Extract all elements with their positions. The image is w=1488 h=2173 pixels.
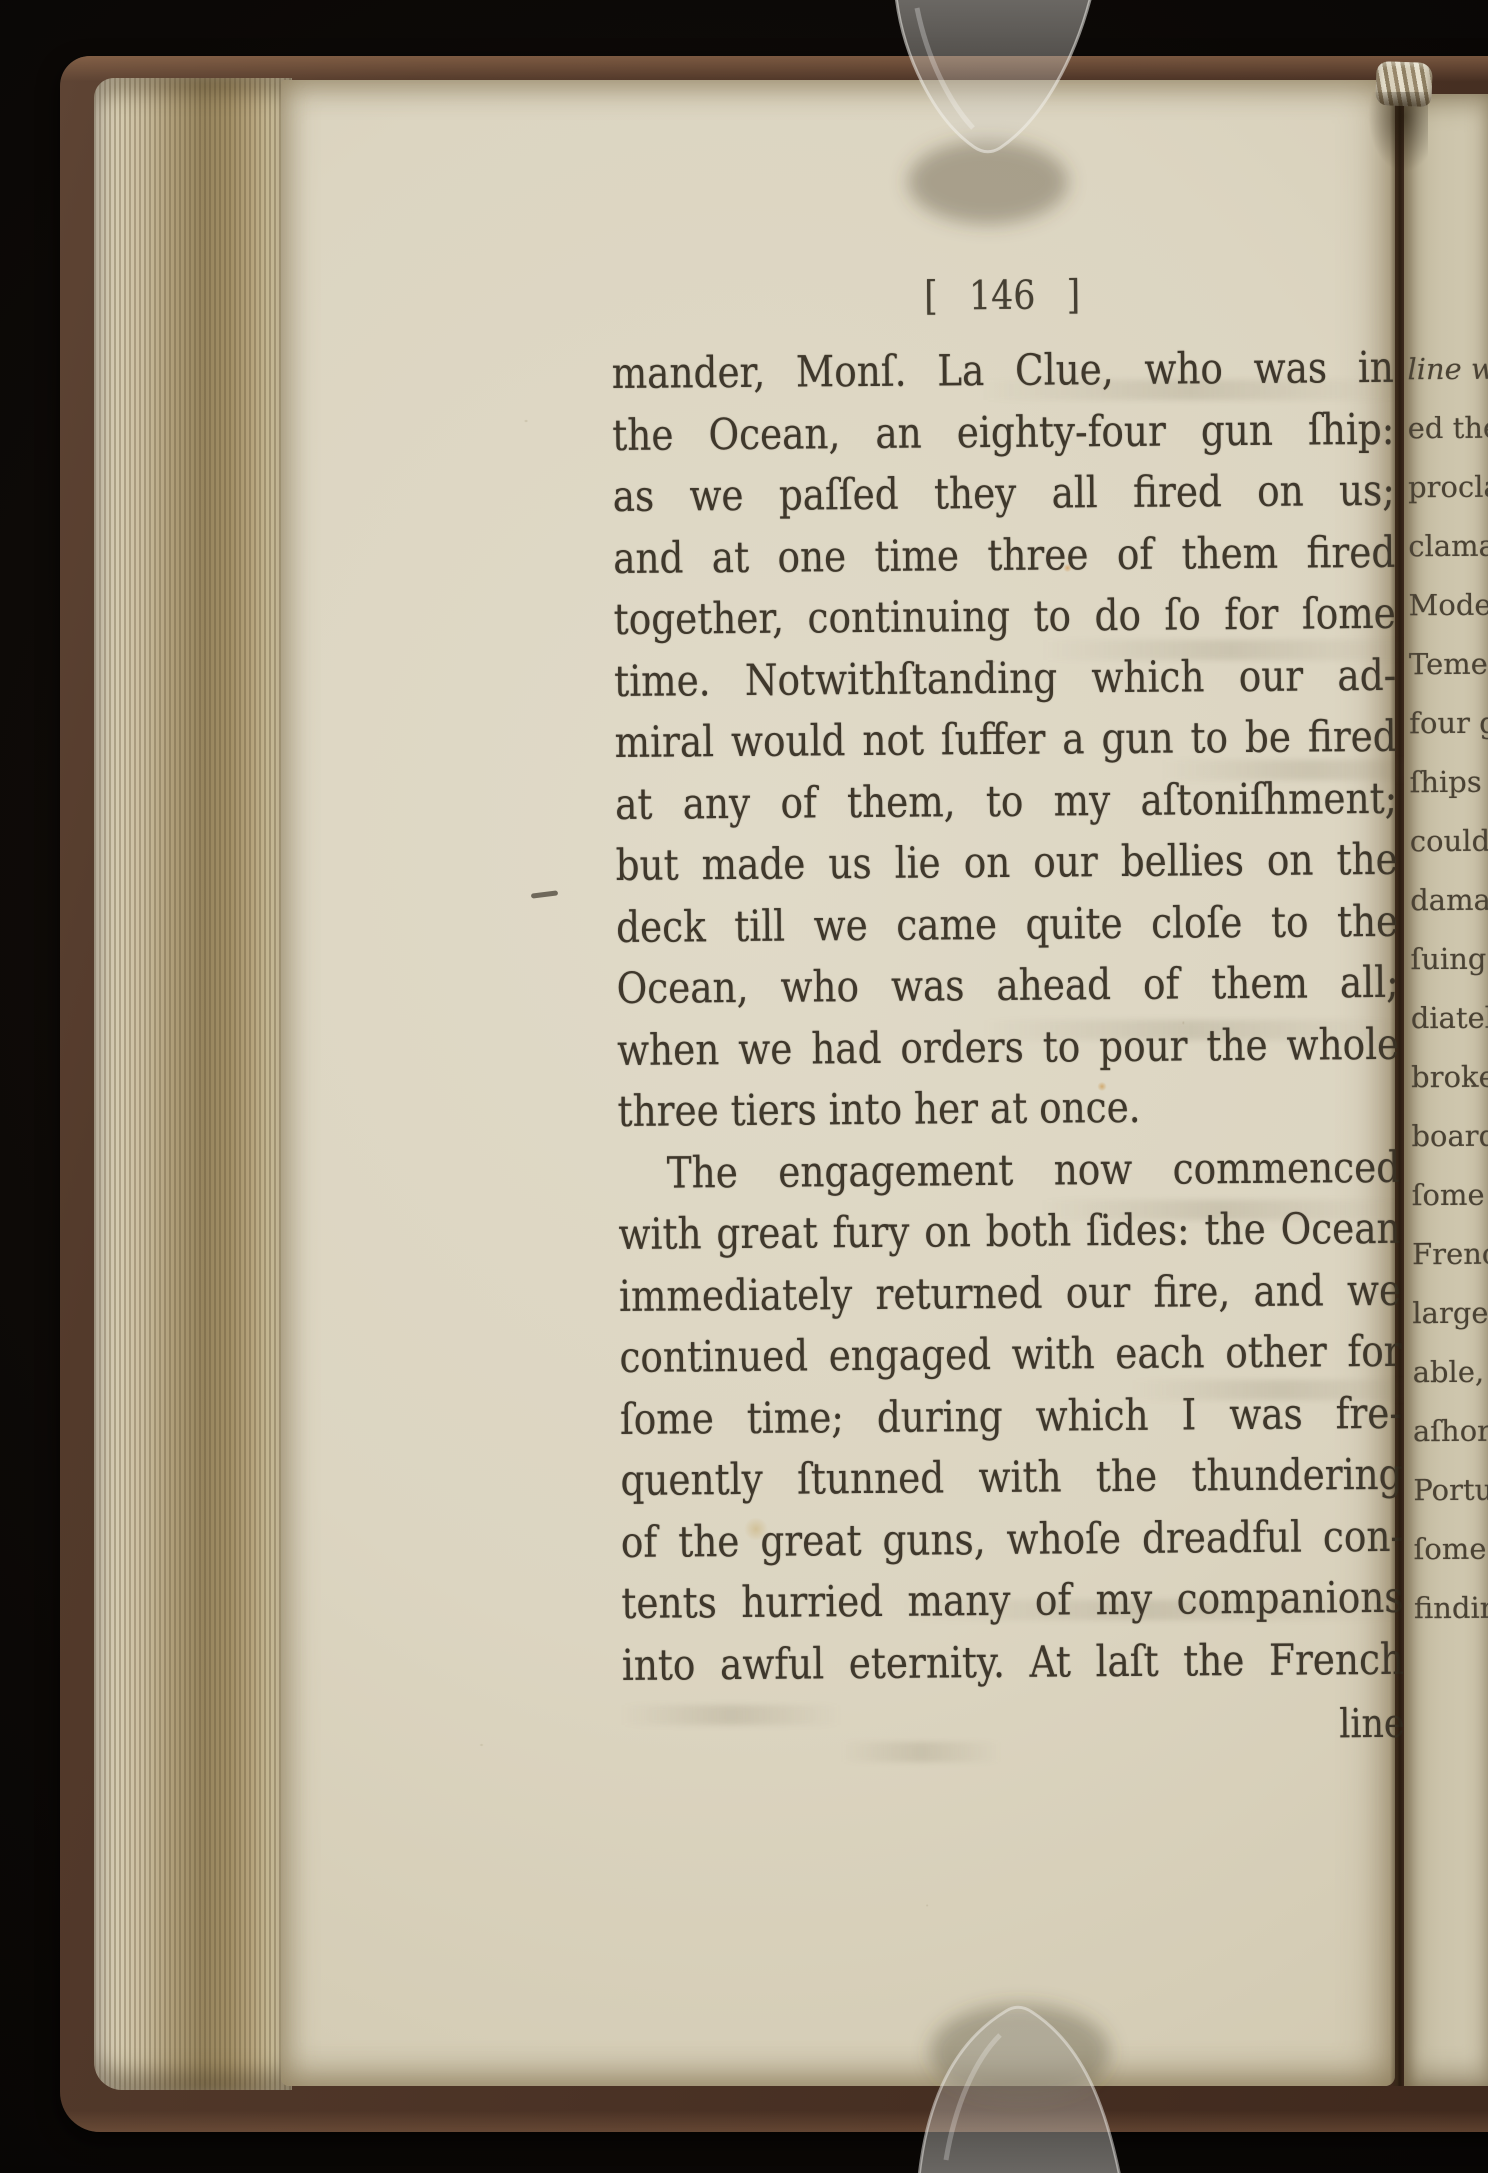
open-left-page: [146] mander, Monſ. La Clue, who was in … [281,80,1395,2086]
fragment-line: ed the v [1408,399,1486,458]
fragment-line: Modeſte [1408,576,1486,635]
fragment-line: able, e [1412,1343,1488,1402]
fragment-line: aſhore [1413,1402,1488,1461]
fragment-line: broken [1411,1048,1488,1107]
typeset-area: [146] mander, Monſ. La Clue, who was in … [611,270,1405,1762]
text-line: with great fury on both ſides: the Ocean [618,1199,1401,1267]
fragment-line: Temera [1409,635,1487,694]
fragment-line: finding [1414,1579,1488,1638]
fragment-line: four gu [1409,694,1487,753]
page-stack-fore-edge [94,78,292,2090]
fragment-line: ſome o [1412,1166,1488,1225]
text-line: as we paſſed they all fired on us; [613,461,1396,529]
text-line: mander, Monſ. La Clue, who was in [612,338,1395,406]
text-line: three tiers into her at once. [617,1076,1400,1144]
margin-pen-mark [531,890,558,898]
text-line: immediately returned our fire, and we [619,1260,1402,1328]
text-line: tents hurried many of my companions [621,1568,1404,1636]
header-open-bracket: [ [924,273,938,319]
facing-page-text: line was ed the v proclaim clamatio Mode… [1404,94,1488,1638]
text-line: quently ſtunned with the thundering [620,1445,1403,1513]
text-line: Ocean, who was ahead of them all; [616,953,1399,1021]
text-line: at any of them, to my aſtoniſhment; [615,768,1398,836]
fragment-line: line was [1407,340,1485,399]
catchword: line [622,1694,1405,1762]
main-text-block: mander, Monſ. La Clue, who was in the Oc… [612,338,1405,1762]
text-line: and at one time three of them fired [613,522,1396,590]
text-line: continued engaged with each other for [619,1322,1402,1390]
fragment-line: ſome o [1413,1520,1488,1579]
text-line: into awful eternity. At laſt the French [622,1629,1405,1697]
text-line: deck till we came quite cloſe to the [616,891,1399,959]
fragment-line: ſhips to [1409,753,1487,812]
fragment-line: damage [1410,871,1488,930]
facing-page-sliver: line was ed the v proclaim clamatio Mode… [1404,94,1488,2086]
fragment-line: proclaim [1408,458,1486,517]
fragment-line: French [1412,1225,1488,1284]
text-line: the Ocean, an eighty-four gun ſhip: [612,399,1395,467]
fragment-line: large F [1412,1284,1488,1343]
fragment-line: clamatio [1408,517,1486,576]
page-number-header: [146] [611,270,1394,344]
fragment-line: diately [1411,989,1488,1048]
spine-endband [1375,61,1433,107]
text-line: but made us lie on our bellies on the [615,830,1398,898]
fragment-line: ſuing th [1410,930,1488,989]
text-line: ſome time; during which I was fre- [620,1383,1403,1451]
header-close-bracket: ] [1066,272,1080,318]
fragment-line: could c [1410,812,1488,871]
text-line: time. Notwithſtanding which our ad- [614,645,1397,713]
text-line: The engagement now commenced [618,1137,1401,1205]
text-line: together, continuing to do ſo for ſome [613,584,1396,652]
fragment-line: board [1411,1107,1488,1166]
text-line: of the great guns, whoſe dreadful con- [621,1506,1404,1574]
text-line: when we had orders to pour the whole [617,1014,1400,1082]
page-number: 146 [969,273,1036,320]
text-line: miral would not ſuffer a gun to be fired [614,707,1397,775]
fragment-line: Portug [1413,1461,1488,1520]
